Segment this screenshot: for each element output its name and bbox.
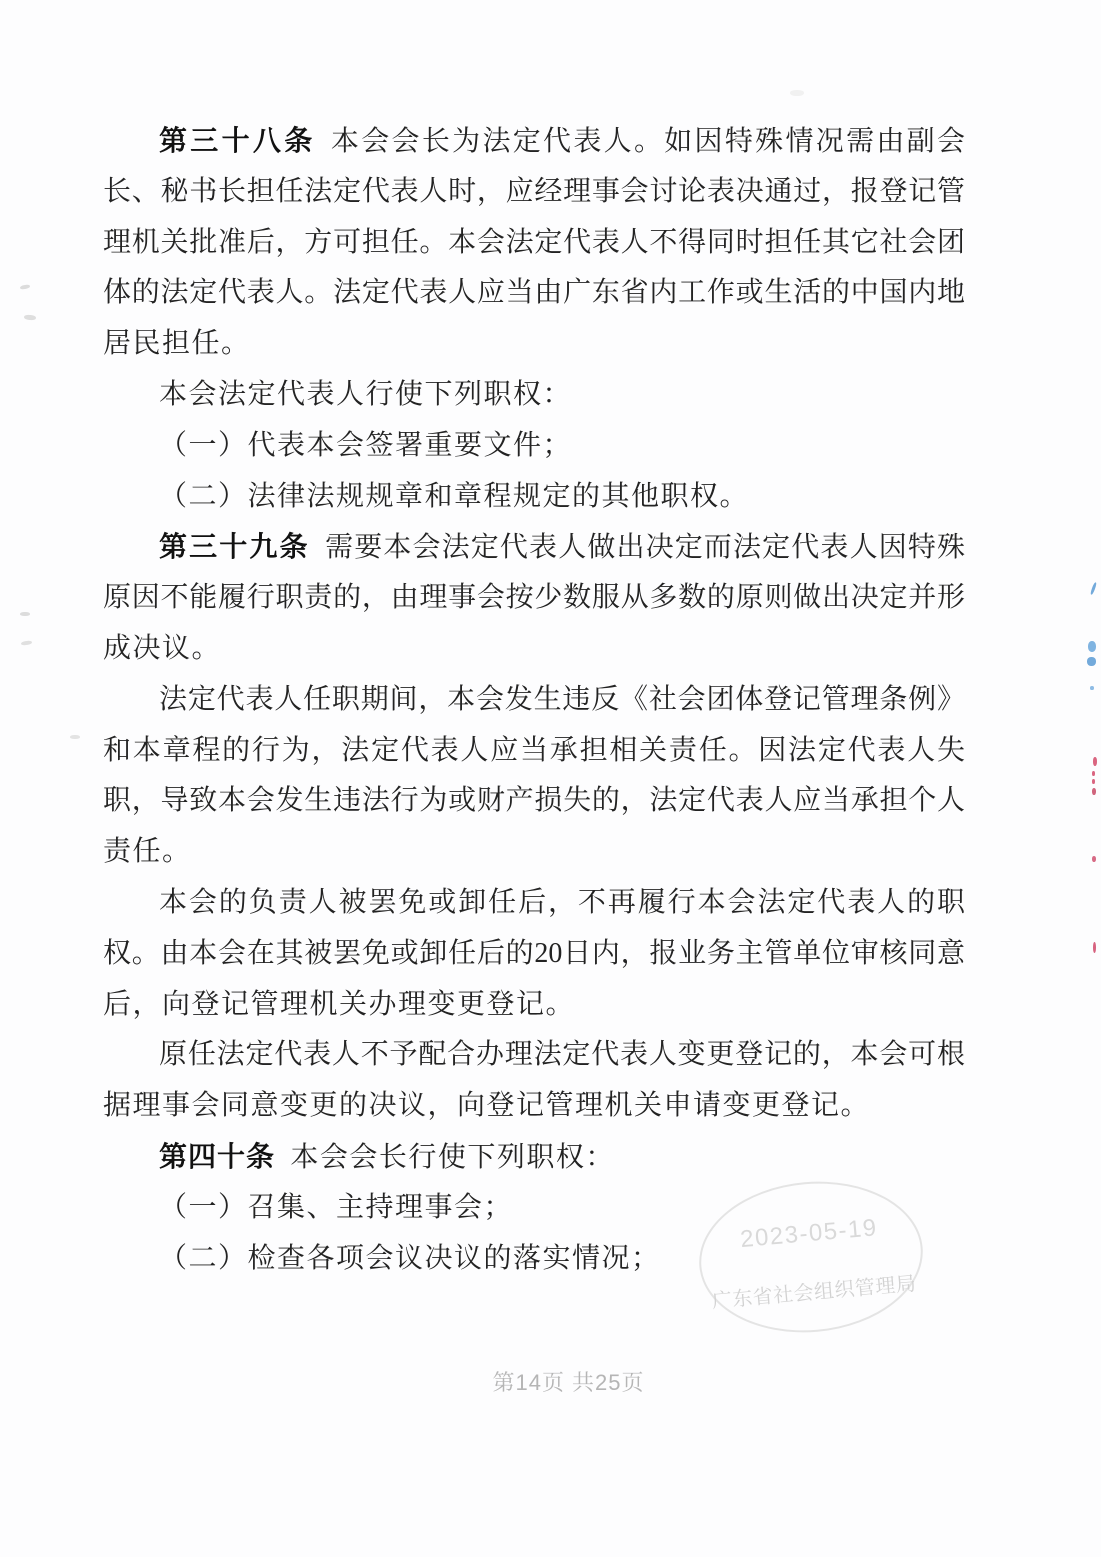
scan-artifact-mark (1092, 788, 1096, 795)
line-text: 原任法定代表人不予配合办理法定代表人变更登记的，本会可根 (159, 1039, 965, 1070)
line-text: 本会法定代表人行使下列职权： (159, 379, 572, 410)
article-number: 第四十条 (159, 1141, 275, 1172)
line-text: 本会的负责人被罢免或卸任后，不再履行本会法定代表人的职 (159, 887, 965, 918)
text-line: 体的法定代表人。法定代表人应当由广东省内工作或生活的中国内地 (103, 268, 965, 319)
line-text: （二）检查各项会议决议的落实情况； (159, 1243, 661, 1274)
line-text: 居民担任。 (103, 328, 251, 359)
text-line: 据理事会同意变更的决议，向登记管理机关申请变更登记。 (103, 1081, 965, 1132)
scan-artifact-mark (20, 612, 30, 616)
scan-artifact-mark (1092, 779, 1095, 784)
line-text: （一）代表本会签署重要文件； (159, 430, 572, 461)
text-line: 权。由本会在其被罢免或卸任后的20日内，报业务主管单位审核同意 (103, 929, 965, 980)
scan-artifact-mark (1093, 757, 1097, 766)
line-text: 据理事会同意变更的决议，向登记管理机关申请变更登记。 (103, 1090, 870, 1121)
article-number: 第三十九条 (159, 531, 310, 562)
line-text: 和本章程的行为，法定代表人应当承担相关责任。因法定代表人失 (103, 735, 965, 766)
scan-artifact-mark (20, 284, 31, 290)
scan-artifact-mark (24, 314, 36, 320)
text-line: 和本章程的行为，法定代表人应当承担相关责任。因法定代表人失 (103, 726, 965, 777)
text-line: 理机关批准后，方可担任。本会法定代表人不得同时担任其它社会团 (103, 218, 965, 269)
line-text: 长、秘书长担任法定代表人时，应经理事会讨论表决通过，报登记管 (103, 176, 965, 207)
document-page: 第三十八条本会会长为法定代表人。如因特殊情况需由副会长、秘书长担任法定代表人时，… (0, 0, 1101, 1557)
text-line: 本会法定代表人行使下列职权： (103, 370, 965, 421)
text-line: 第四十条本会会长行使下列职权： (103, 1132, 965, 1183)
document-body: 第三十八条本会会长为法定代表人。如因特殊情况需由副会长、秘书长担任法定代表人时，… (103, 116, 965, 1284)
line-text: （一）召集、主持理事会； (159, 1192, 513, 1223)
scan-artifact-mark (1090, 582, 1097, 595)
stamp-date: 2023-05-19 (698, 1211, 920, 1258)
line-text: 体的法定代表人。法定代表人应当由广东省内工作或生活的中国内地 (103, 277, 965, 308)
page-number: 第14页 共25页 (18, 1366, 1101, 1397)
stamp-org-name: 广东省社会组织管理局 (703, 1266, 925, 1314)
line-text: 本会会长行使下列职权： (290, 1142, 615, 1173)
text-line: （二）法律法规规章和章程规定的其他职权。 (103, 472, 965, 523)
line-text: 职，导致本会发生违法行为或财产损失的，法定代表人应当承担个人 (103, 785, 965, 816)
text-line: 职，导致本会发生违法行为或财产损失的，法定代表人应当承担个人 (103, 776, 965, 827)
line-text: （二）法律法规规章和章程规定的其他职权。 (159, 481, 749, 512)
text-line: 原因不能履行职责的，由理事会按少数服从多数的原则做出决定并形 (103, 573, 965, 624)
line-text: 责任。 (103, 836, 192, 867)
text-line: 长、秘书长担任法定代表人时，应经理事会讨论表决通过，报登记管 (103, 167, 965, 218)
scan-artifact-mark (1092, 856, 1096, 862)
line-text: 原因不能履行职责的，由理事会按少数服从多数的原则做出决定并形 (103, 582, 965, 613)
scan-artifact-mark (1087, 657, 1096, 666)
scan-artifact-mark (21, 640, 32, 645)
text-line: （一）代表本会签署重要文件； (103, 421, 965, 472)
scan-artifact-mark (1090, 686, 1094, 690)
line-text: 本会会长为法定代表人。如因特殊情况需由副会 (331, 126, 965, 157)
text-line: 第三十八条本会会长为法定代表人。如因特殊情况需由副会 (103, 116, 965, 167)
line-text: 权。由本会在其被罢免或卸任后的20日内，报业务主管单位审核同意 (103, 938, 965, 969)
text-line: 居民担任。 (103, 319, 965, 370)
text-line: 第三十九条需要本会法定代表人做出决定而法定代表人因特殊 (103, 522, 965, 573)
scan-artifact-mark (70, 735, 80, 739)
scan-artifact-mark (1092, 771, 1095, 776)
article-number: 第三十八条 (159, 125, 316, 156)
text-line: 后，向登记管理机关办理变更登记。 (103, 980, 965, 1031)
scan-artifact-mark (1093, 942, 1096, 953)
text-line: 原任法定代表人不予配合办理法定代表人变更登记的，本会可根 (103, 1030, 965, 1081)
line-text: 法定代表人任职期间，本会发生违反《社会团体登记管理条例》 (159, 684, 965, 715)
scan-artifact-mark (790, 90, 804, 96)
text-line: 责任。 (103, 827, 965, 878)
line-text: 需要本会法定代表人做出决定而法定代表人因特殊 (325, 532, 965, 563)
text-line: 法定代表人任职期间，本会发生违反《社会团体登记管理条例》 (103, 675, 965, 726)
line-text: 后，向登记管理机关办理变更登记。 (103, 989, 575, 1020)
text-line: 本会的负责人被罢免或卸任后，不再履行本会法定代表人的职 (103, 878, 965, 929)
line-text: 理机关批准后，方可担任。本会法定代表人不得同时担任其它社会团 (103, 227, 965, 258)
scan-artifact-mark (1088, 641, 1096, 652)
line-text: 成决议。 (103, 633, 221, 664)
text-line: 成决议。 (103, 624, 965, 675)
